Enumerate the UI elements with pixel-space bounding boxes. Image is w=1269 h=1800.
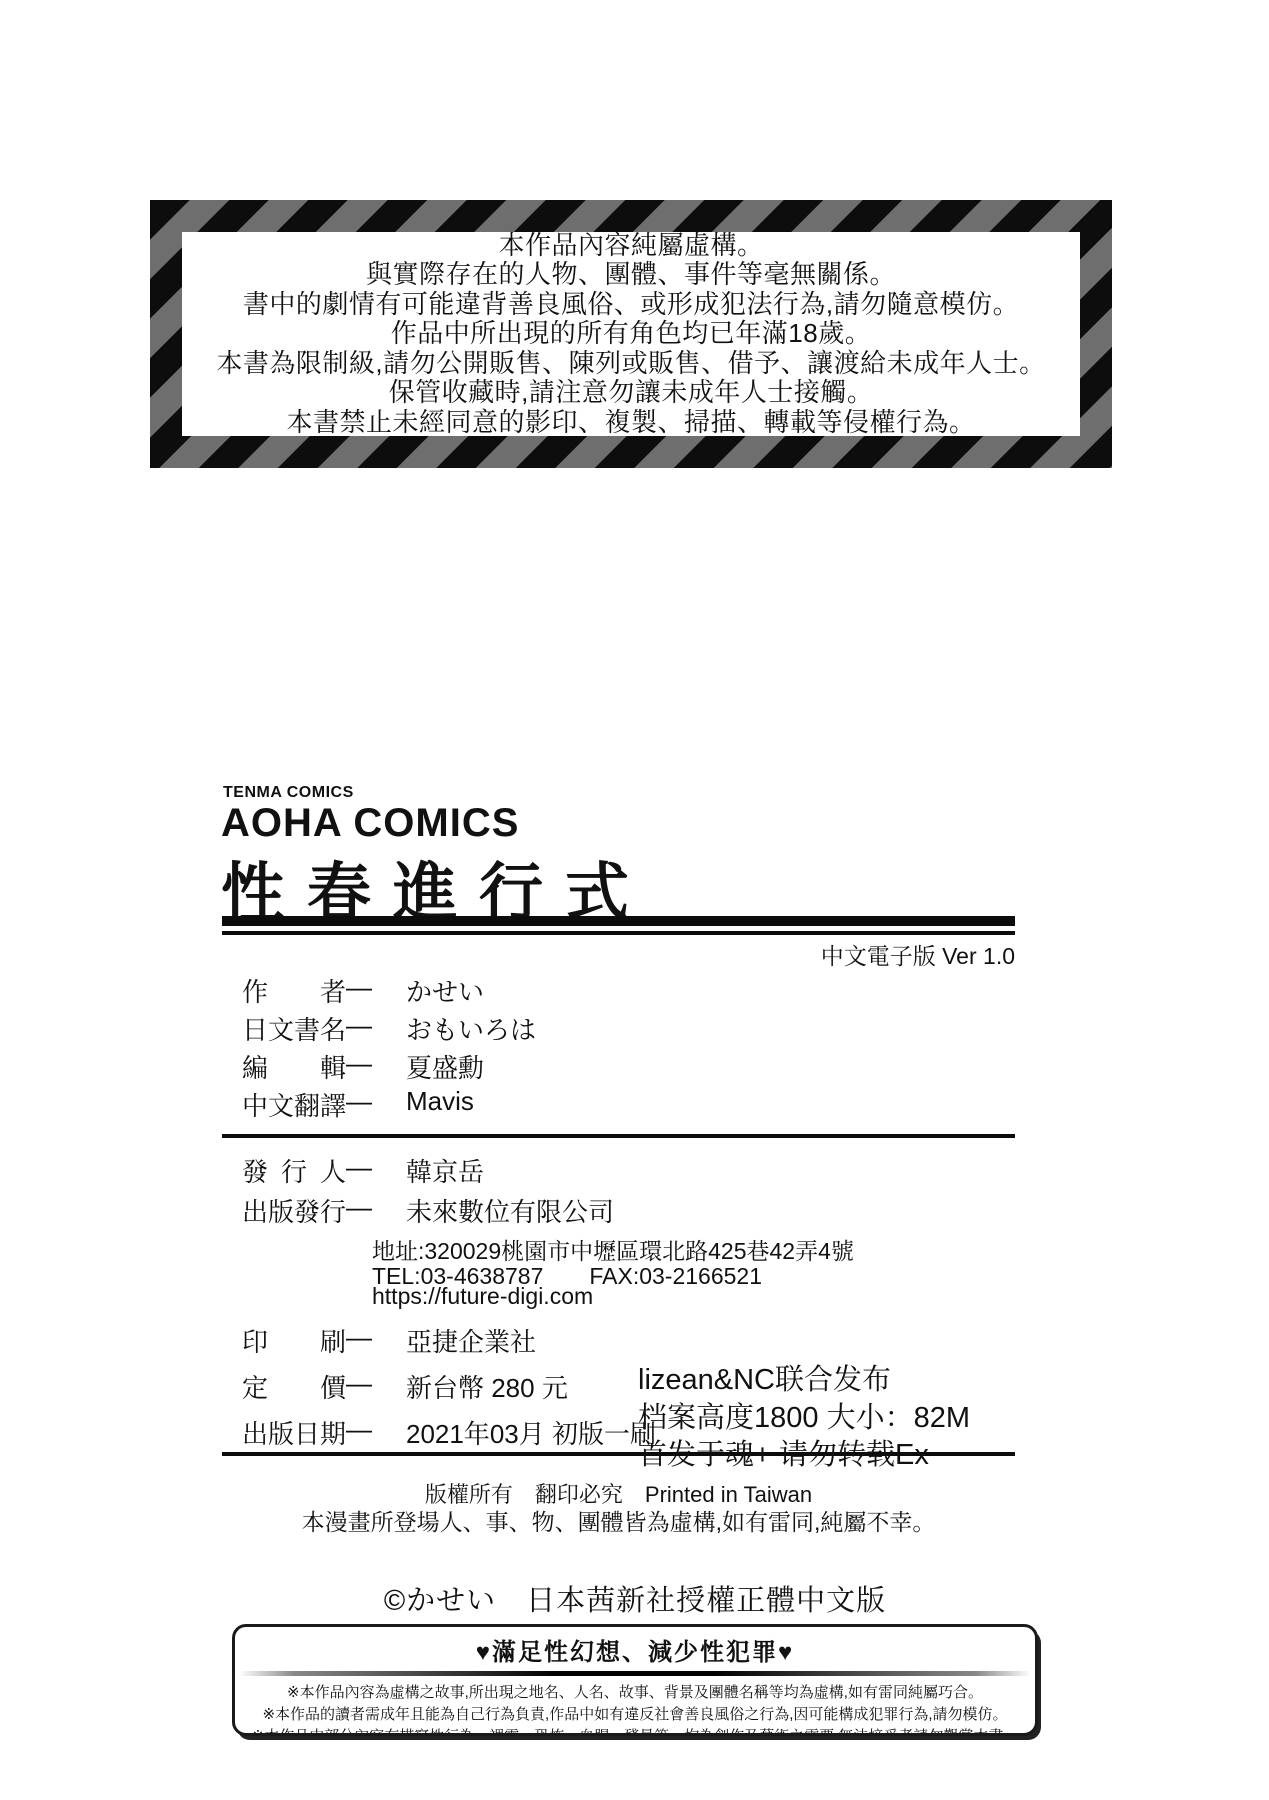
license-line: ©かせい 日本茜新社授權正體中文版 (232, 1578, 1038, 1619)
publisher-url: https://future-digi.com (372, 1283, 593, 1310)
release-stamp-line: lizean&NC联合发布 (638, 1362, 970, 1400)
credit-label: 中文翻譯 (242, 1086, 346, 1123)
credit-label: 定價 (242, 1368, 346, 1405)
credit-row-translator: 中文翻譯—Mavis (242, 1086, 474, 1123)
credit-dash: — (346, 1414, 380, 1451)
credit-label: 作者 (242, 972, 346, 1009)
publisher-imprint-small: TENMA COMICS (223, 784, 354, 802)
rating-note: ※本作品中部分內容有描寫性行為、裸露、恐怖、血腥、殘暴等。均為創作及藝術之需要,… (235, 1726, 1035, 1736)
title-rule (222, 916, 1015, 935)
credit-label: 日文書名 (242, 1010, 346, 1047)
credit-label: 出版日期 (242, 1414, 346, 1451)
credit-label: 出版發行 (242, 1192, 346, 1229)
credit-value: おもいろは (406, 1010, 536, 1047)
edition-note: 中文電子版 Ver 1.0 (222, 938, 1015, 971)
credit-dash: — (346, 1368, 380, 1405)
rating-note: ※本作品內容為虛構之故事,所出現之地名、人名、故事、背景及團體名稱等均為虛構,如… (235, 1682, 1035, 1704)
rating-header: ♥滿足性幻想、減少性犯罪♥ (235, 1632, 1035, 1667)
content-rating-box: ♥滿足性幻想、減少性犯罪♥ ※本作品內容為虛構之故事,所出現之地名、人名、故事、… (232, 1624, 1038, 1736)
release-stamp-line: 首发于魂+ 请勿转载Ex (638, 1437, 970, 1475)
disclaimer-line: 書中的劇情有可能違背善良風俗、或形成犯法行為,請勿隨意模仿。 (243, 290, 1019, 320)
title-rule-bar (222, 916, 1015, 926)
disclaimer-line: 與實際存在的人物、團體、事件等毫無關係。 (366, 260, 896, 290)
credit-row-pub-date: 出版日期—2021年03月 初版一刷 (242, 1414, 656, 1451)
credit-row-issuer: 出版發行—未來數位有限公司 (242, 1192, 614, 1229)
credit-value: かせい (406, 972, 484, 1009)
credit-value: Mavis (406, 1086, 474, 1123)
credit-dash: — (346, 1152, 380, 1189)
credit-row-publisher: 發行人—韓京岳 (242, 1152, 484, 1189)
credit-label: 發行人 (242, 1152, 346, 1189)
colophon-page: 本作品內容純屬虛構。 與實際存在的人物、團體、事件等毫無關係。 書中的劇情有可能… (0, 0, 1269, 1800)
credit-dash: — (346, 1322, 380, 1359)
release-stamp-line: 档案高度1800 大小：82M (638, 1400, 970, 1438)
credit-dash: — (346, 1048, 380, 1085)
credit-label: 印刷 (242, 1322, 346, 1359)
publisher-imprint: AOHA COMICS (221, 801, 519, 846)
disclaimer-line: 作品中所出現的所有角色均已年滿18歲。 (391, 319, 871, 349)
credit-value: 亞捷企業社 (406, 1322, 536, 1359)
credit-dash: — (346, 1086, 380, 1123)
fiction-disclaimer: 本漫畫所登場人、事、物、團體皆為虛構,如有雷同,純屬不幸。 (222, 1504, 1015, 1537)
disclaimer-line: 本書為限制級,請勿公開販售、陳列或販售、借予、讓渡給未成年人士。 (216, 349, 1045, 379)
disclaimer-box: 本作品內容純屬虛構。 與實際存在的人物、團體、事件等毫無關係。 書中的劇情有可能… (150, 200, 1112, 468)
credit-dash: — (346, 1192, 380, 1229)
credit-value: 新台幣 280 元 (406, 1368, 568, 1405)
credit-value: 2021年03月 初版一刷 (406, 1414, 656, 1451)
credit-row-jp-title: 日文書名—おもいろは (242, 1010, 536, 1047)
disclaimer-line: 本作品內容純屬虛構。 (498, 231, 763, 261)
disclaimer-line: 保管收藏時,請注意勿讓未成年人士接觸。 (389, 378, 874, 408)
release-stamp: lizean&NC联合发布 档案高度1800 大小：82M 首发于魂+ 请勿转载… (638, 1362, 970, 1475)
credit-label: 編輯 (242, 1048, 346, 1085)
credit-dash: — (346, 1010, 380, 1047)
credit-dash: — (346, 972, 380, 1009)
credit-row-price: 定價—新台幣 280 元 (242, 1368, 568, 1405)
disclaimer-text: 本作品內容純屬虛構。 與實際存在的人物、團體、事件等毫無關係。 書中的劇情有可能… (182, 232, 1080, 436)
credit-value: 夏盛勳 (406, 1048, 484, 1085)
credit-value: 韓京岳 (406, 1152, 484, 1189)
credit-value: 未來數位有限公司 (406, 1192, 614, 1229)
rating-note: ※本作品的讀者需成年且能為自己行為負責,作品中如有違反社會善良風俗之行為,因可能… (235, 1704, 1035, 1726)
title-rule-line (222, 931, 1015, 935)
credit-row-editor: 編輯—夏盛勳 (242, 1048, 484, 1085)
credit-row-printer: 印刷—亞捷企業社 (242, 1322, 536, 1359)
rating-separator (239, 1671, 1031, 1676)
disclaimer-line: 本書禁止未經同意的影印、複製、掃描、轉載等侵權行為。 (286, 408, 975, 438)
section-rule (222, 1134, 1015, 1138)
credit-row-author: 作者—かせい (242, 972, 484, 1009)
